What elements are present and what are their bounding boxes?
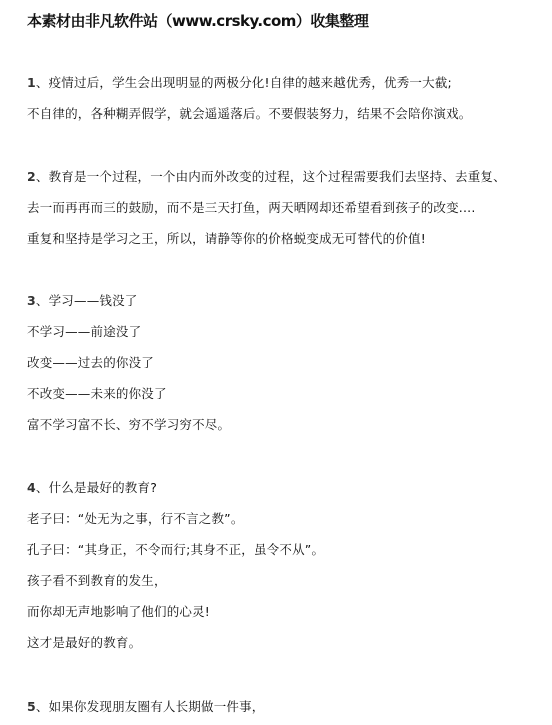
section-number: 4	[27, 480, 36, 495]
section-4-line-3: 孔子曰：“其身正，不令而行;其身不正，虽令不从”。	[27, 540, 324, 558]
section-2-line-2: 去一而再再而三的鼓励，而不是三天打鱼，两天晒网却还希望看到孩子的改变....	[27, 198, 476, 216]
section-1-line-1: 1、疫情过后，学生会出现明显的两极分化!自律的越来越优秀，优秀一大截;	[27, 73, 452, 91]
section-number: 2	[27, 169, 36, 184]
section-4-line-5: 而你却无声地影响了他们的心灵!	[27, 602, 210, 620]
section-number: 3	[27, 293, 36, 308]
section-4-line-4: 孩子看不到教育的发生，	[27, 571, 167, 589]
document-title: 本素材由非凡软件站（www.crsky.com）收集整理	[27, 10, 368, 31]
section-5-line-1: 5、如果你发现朋友圈有人长期做一件事，	[27, 697, 265, 715]
section-number: 5	[27, 699, 36, 714]
section-3-line-4: 不改变——未来的你没了	[27, 384, 167, 402]
section-3-line-5: 富不学习富不长、穷不学习穷不尽。	[27, 415, 230, 433]
section-4-line-6: 这才是最好的教育。	[27, 633, 141, 651]
section-2-line-1: 2、教育是一个过程，一个由内而外改变的过程，这个过程需要我们去坚持、去重复、	[27, 167, 506, 185]
section-4-line-1: 4、什么是最好的教育?	[27, 478, 157, 496]
section-3-line-3: 改变——过去的你没了	[27, 353, 154, 371]
section-4-line-2: 老子曰：“处无为之事，行不言之教”。	[27, 509, 244, 527]
section-3-line-2: 不学习——前途没了	[27, 322, 141, 340]
section-number: 1	[27, 75, 36, 90]
section-3-line-1: 3、学习——钱没了	[27, 291, 138, 309]
section-2-line-3: 重复和坚持是学习之王，所以，请静等你的价格蜕变成无可替代的价值!	[27, 229, 426, 247]
section-1-line-2: 不自律的，各种糊弄假学，就会遥遥落后。不要假装努力，结果不会陪你演戏。	[27, 104, 472, 122]
